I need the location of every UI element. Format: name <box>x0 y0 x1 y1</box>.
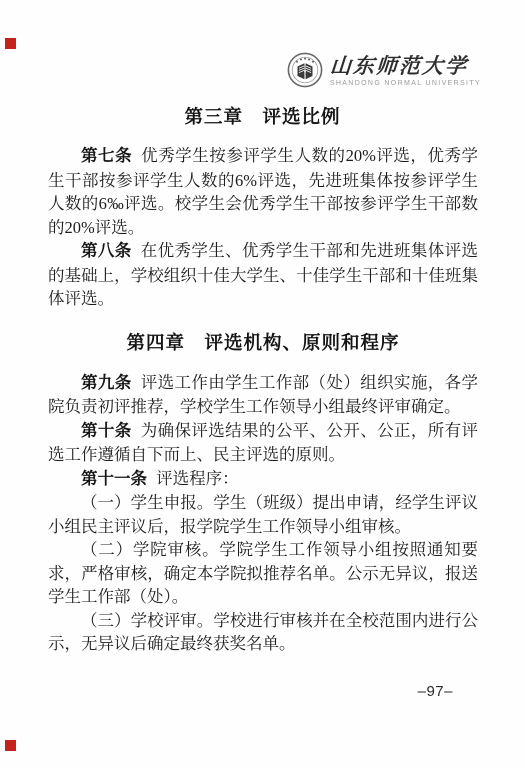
procedure-item-3: （三）学校评审。学校进行审核并在全校范围内进行公示，无异议后确定最终获奖名单。 <box>48 609 478 656</box>
article-8-paragraph: 第八条在优秀学生、优秀学生干部和先进班集体评选的基础上，学校组织十佳大学生、十佳… <box>48 239 478 311</box>
red-corner-mark-top <box>5 38 16 49</box>
document-body: 第七条优秀学生按参评学生人数的20%评选，优秀学生干部按参评学生人数的6%评选，… <box>48 144 478 656</box>
article-10-number: 第十条 <box>81 422 132 440</box>
article-7-paragraph: 第七条优秀学生按参评学生人数的20%评选，优秀学生干部按参评学生人数的6%评选，… <box>48 144 478 239</box>
article-10-paragraph: 第十条为确保评选结果的公平、公开、公正，所有评选工作遵循自下而上、民主评选的原则… <box>48 419 478 467</box>
chapter-3-heading: 第三章 评选比例 <box>0 103 525 129</box>
article-9-number: 第九条 <box>81 374 132 392</box>
article-8-number: 第八条 <box>81 242 132 260</box>
chapter-4-heading: 第四章 评选机构、原则和程序 <box>48 327 478 358</box>
red-corner-mark-bottom <box>5 740 16 751</box>
article-7-number: 第七条 <box>81 147 132 165</box>
university-name-en: SHANDONG NORMAL UNIVERSITY <box>330 80 481 87</box>
page-number: –97– <box>418 683 453 700</box>
procedure-item-2: （二）学院审核。学院学生工作领导小组按照通知要求，严格审核，确定本学院拟推荐名单… <box>48 538 478 609</box>
university-logo-text: 山东师范大学 SHANDONG NORMAL UNIVERSITY <box>330 54 481 87</box>
article-11-text: 评选程序： <box>156 469 239 488</box>
article-11-number: 第十一条 <box>81 470 147 488</box>
university-logo: 山东师范大学 SHANDONG NORMAL UNIVERSITY <box>287 52 481 88</box>
university-seal-icon <box>287 52 323 88</box>
document-page: 山东师范大学 SHANDONG NORMAL UNIVERSITY 第三章 评选… <box>0 0 525 768</box>
article-11-paragraph: 第十一条评选程序： <box>48 467 478 492</box>
procedure-item-1: （一）学生申报。学生（班级）提出申请，经学生评议小组民主评议后，报学院学生工作领… <box>48 491 478 538</box>
article-9-paragraph: 第九条评选工作由学生工作部（处）组织实施，各学院负责初评推荐，学校学生工作领导小… <box>48 371 478 419</box>
university-name-cn: 山东师范大学 <box>329 54 469 78</box>
